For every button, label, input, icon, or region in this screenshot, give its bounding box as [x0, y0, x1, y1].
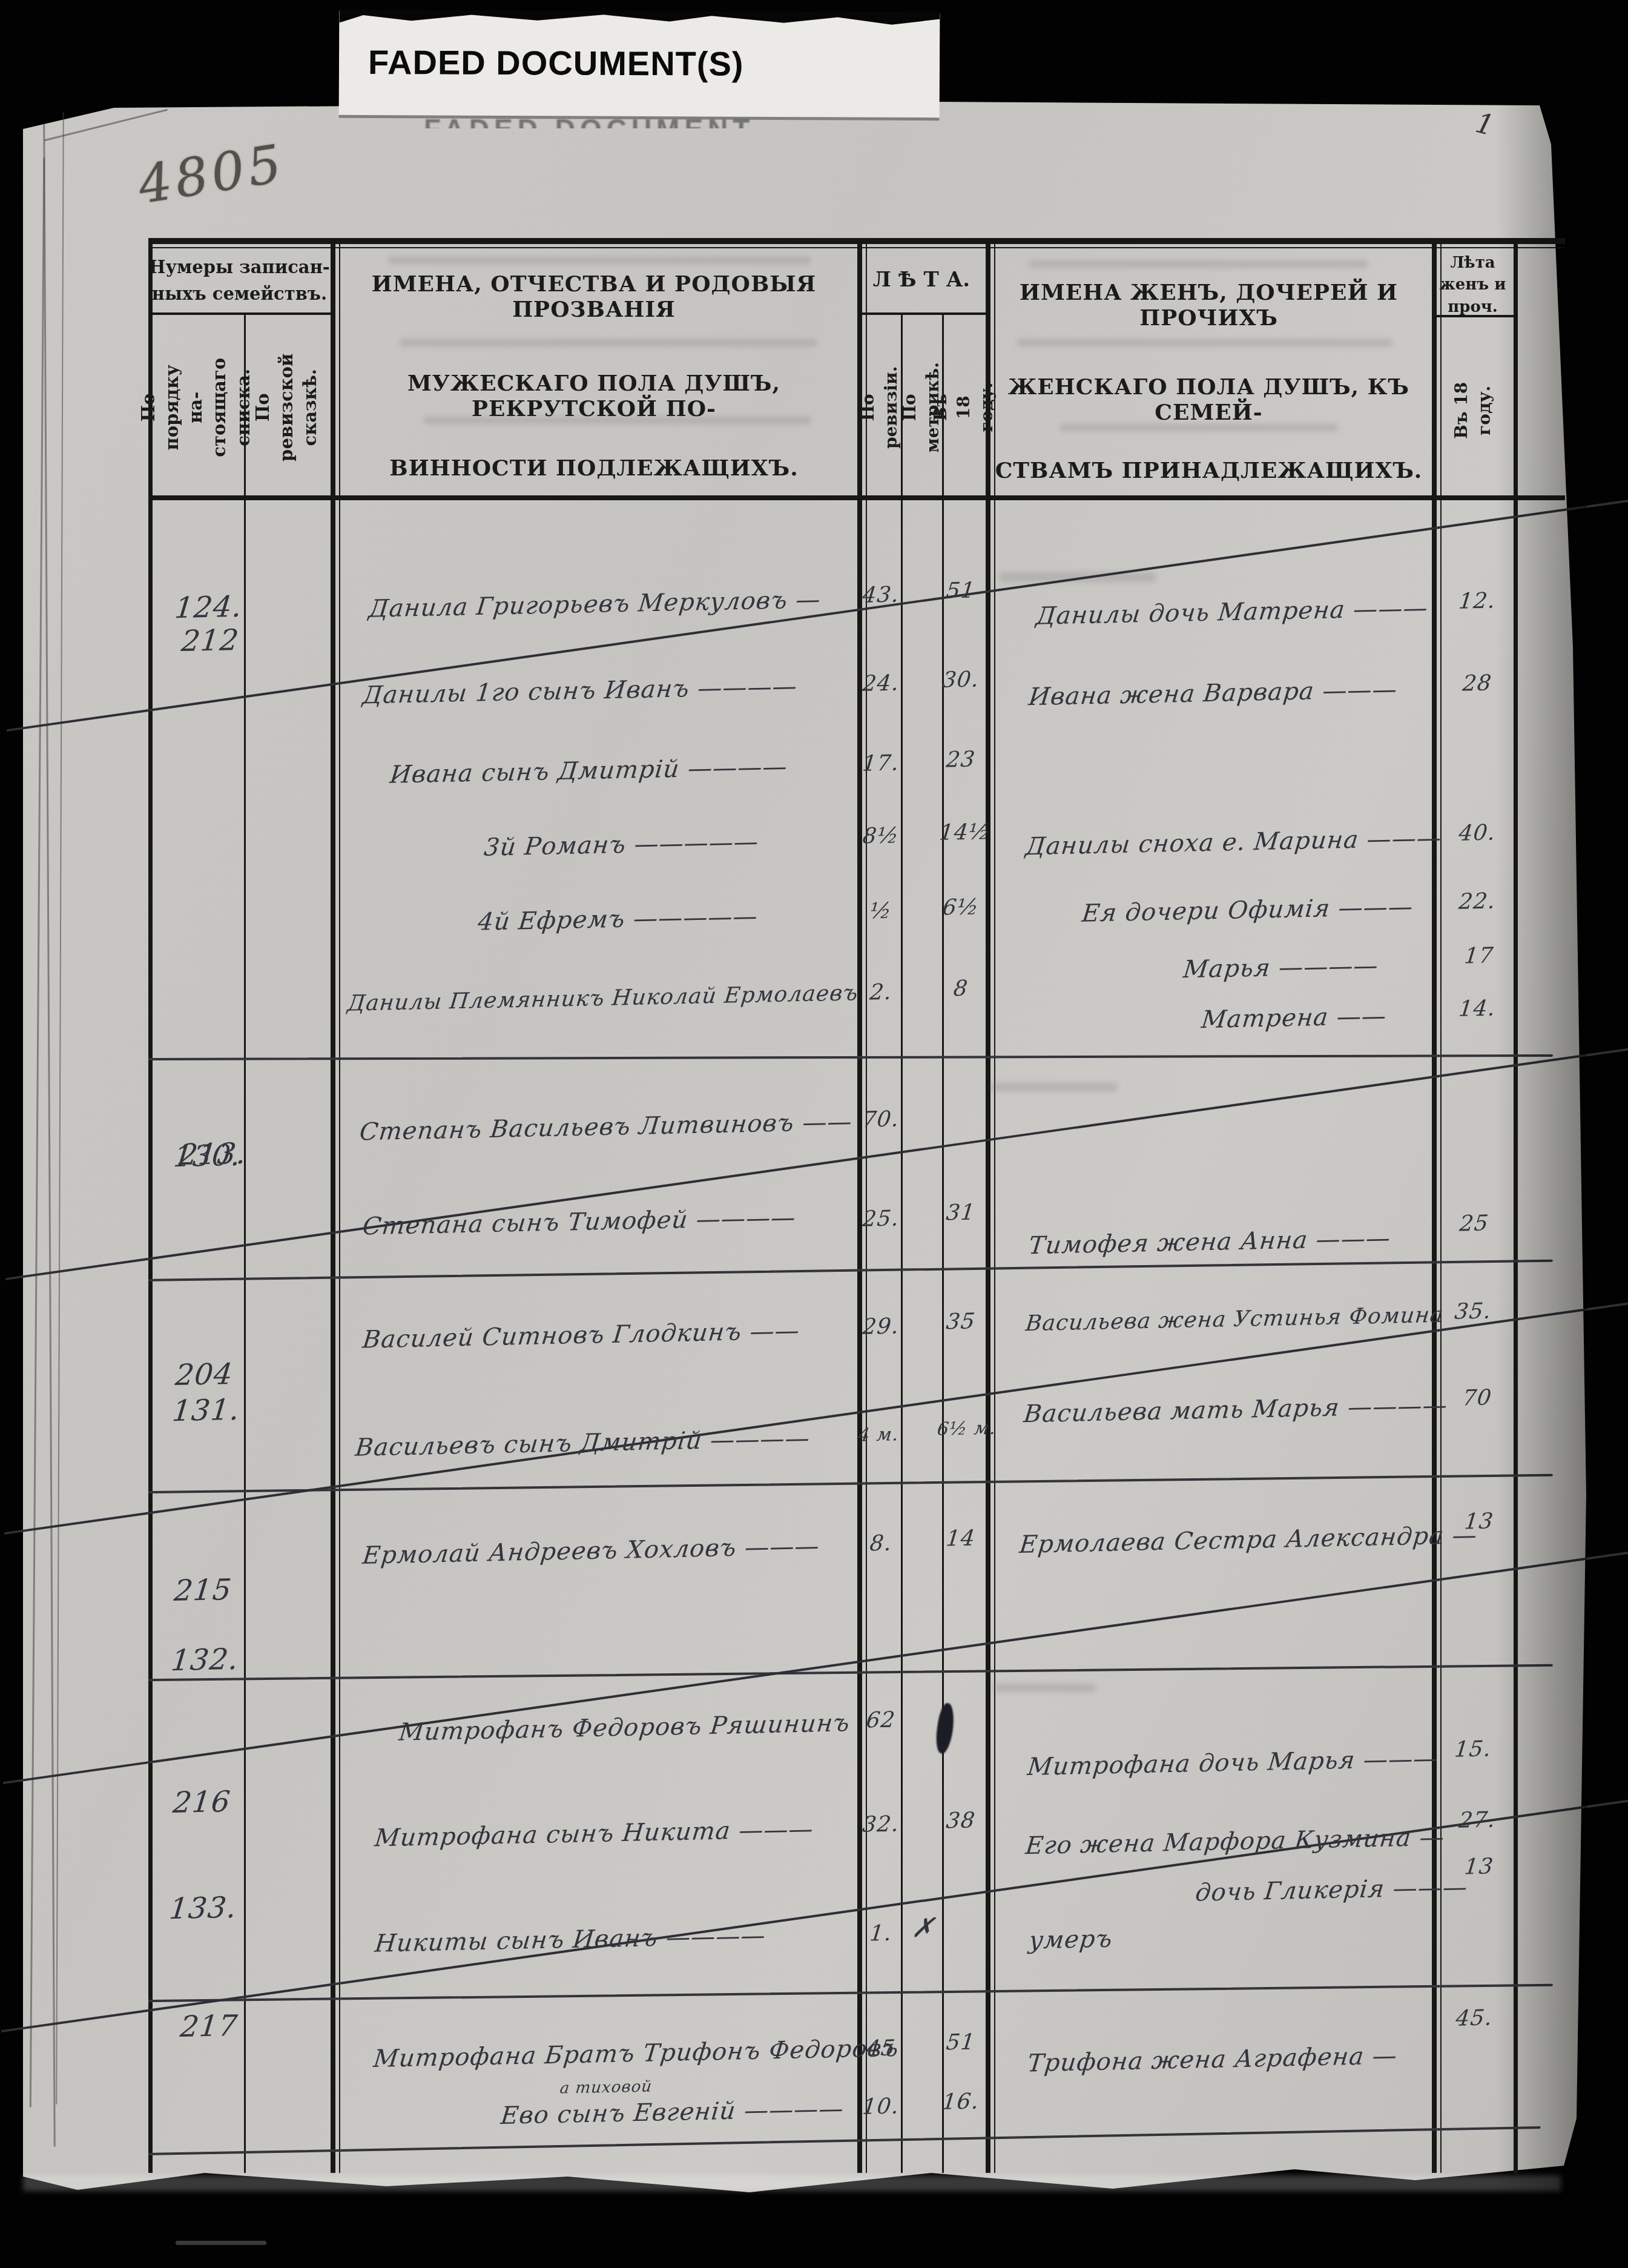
age-by-revision: 62 [858, 1707, 903, 1733]
female-age: 45. [1440, 2005, 1509, 2031]
female-age: 28 [1443, 670, 1512, 696]
bleedthrough-smudge [400, 339, 817, 346]
female-entry: Марья ———— [1182, 952, 1380, 984]
bleedthrough-smudge [1029, 260, 1368, 268]
age-in-18: 31 [938, 1200, 983, 1225]
age-by-revision: 25. [858, 1206, 903, 1231]
family-no-new: 204 [174, 1357, 235, 1392]
female-age: 70 [1443, 1385, 1512, 1411]
wives-v-18-godu: Въ 18 году. [1432, 324, 1514, 497]
wives-v-18-godu-text: Въ 18 году. [1450, 382, 1496, 439]
table-left-border [148, 238, 153, 2173]
col-header-revision-tale: По ревизской сказкѣ. [244, 318, 331, 497]
age-by-revision: 17. [858, 750, 903, 776]
leta-group-header: Л Ѣ Т А. [857, 268, 986, 292]
col-header-order: По порядку на- стоящаго списка. [148, 318, 244, 497]
table-top-inner-line [148, 247, 1565, 248]
age-by-revision: 8. [858, 1530, 903, 1556]
col-header-po-revizii: По ревизіи. [857, 318, 901, 497]
bleedthrough-smudge [1060, 424, 1338, 431]
age-by-revision: 8½ [858, 823, 903, 848]
age-in-18: 35 [938, 1309, 983, 1334]
bleedthrough-smudge [424, 417, 811, 424]
male-col-left-inner [339, 238, 340, 2173]
male-col-left-border [331, 238, 335, 2173]
age-by-revision: ½ [858, 898, 903, 924]
female-title-line1: ИМЕНА ЖЕНЪ, ДОЧЕРЕЙ И ПРОЧИХЪ [986, 280, 1432, 331]
female-title-line2: ЖЕНСКАГО ПОЛА ДУШЪ, КЪ СЕМЕЙ- [986, 374, 1432, 425]
age-in-18: 16. [938, 2089, 983, 2114]
female-age: 12. [1443, 588, 1512, 614]
age-in-18: 14 [938, 1526, 983, 1551]
col-header-order-text: По порядку на- стоящаго списка. [137, 358, 255, 457]
ghost-banner-text: FADED DOCUMENT [424, 113, 860, 128]
age-in-18: 8 [938, 976, 983, 1001]
female-age: 27. [1443, 1807, 1512, 1833]
female-age: 13 [1445, 1854, 1514, 1880]
female-entry: Матрена —— [1200, 1002, 1388, 1034]
interline-note: а тиховой [559, 2077, 653, 2097]
wives-age-group-header: Лѣта женъ и проч. [1432, 252, 1514, 318]
female-entry: умеръ [1027, 1925, 1113, 1955]
female-age: 17 [1445, 943, 1514, 969]
female-age: 25 [1440, 1211, 1509, 1237]
fold-band [23, 2175, 1561, 2191]
male-entry: 3й Романъ ————— [483, 828, 760, 861]
age-in-18: 30. [938, 667, 983, 692]
female-age: 13 [1445, 1509, 1514, 1535]
family-numbers-underline [148, 312, 331, 315]
age-in-18: 38 [938, 1808, 983, 1833]
male-entry: 4й Ефремъ ————— [476, 902, 759, 936]
col-header-po-revizii-text: По ревизіи. [856, 366, 902, 449]
scanned-revision-list-page: FADED DOCUMENT(S) FADED DOCUMENT 4805 1 … [0, 0, 1628, 2268]
age-in-18: 51 [938, 2029, 983, 2055]
bleedthrough-smudge [993, 1684, 1096, 1692]
age-in-18: 23 [938, 747, 983, 772]
bleedthrough-smudge [1017, 339, 1392, 346]
table-top-border [148, 238, 1565, 244]
faded-document-label: FADED DOCUMENT(S) [339, 11, 940, 121]
age-by-revision: 2. [858, 979, 903, 1005]
female-title-line3: СТВАМЪ ПРИНАДЛЕЖАЩИХЪ. [986, 458, 1432, 483]
age-by-revision: 70. [858, 1106, 903, 1132]
col-group-family-numbers: Нумеры записан- ныхъ семействъ. [148, 254, 331, 307]
male-title-line2: МУЖЕСКАГО ПОЛА ДУШЪ, РЕКРУТСКОЙ ПО- [331, 371, 857, 422]
female-age: 22. [1443, 888, 1512, 914]
family-no-new: 215 [173, 1573, 234, 1608]
age-by-revision: 10. [858, 2094, 903, 2119]
family-no-new: 212 [180, 623, 241, 658]
header-bottom-border [148, 495, 1565, 500]
female-age: 40. [1443, 820, 1512, 846]
family-no-new: 217 [179, 2009, 240, 2044]
leta-underline [857, 312, 986, 315]
col-header-revision-tale-text: По ревизской сказкѣ. [252, 353, 323, 461]
age-in-18: 14½ [938, 819, 983, 845]
female-entry: дочь Гликерія ——— [1194, 1873, 1469, 1906]
female-age: 35. [1439, 1298, 1508, 1324]
bottom-speck [176, 2241, 266, 2245]
female-age: 14. [1443, 996, 1512, 1022]
bleedthrough-smudge [387, 257, 811, 264]
bleedthrough-smudge [990, 1083, 1118, 1091]
age-in-18: 6½ [938, 894, 983, 920]
male-title-line1: ИМЕНА, ОТЧЕСТВА И РОДОВЫЯ ПРОЗВАНІЯ [331, 271, 857, 322]
age-by-revision: 24. [858, 670, 903, 696]
faded-document-label-text: FADED DOCUMENT(S) [368, 42, 744, 84]
age-in-18: 51 [938, 578, 983, 603]
age-by-revision: 29. [858, 1314, 903, 1339]
col-header-v-18-godu: Въ 18 году. [942, 318, 986, 497]
metric-cross-mark: ✗ [900, 1912, 946, 1943]
age-by-revision: 45 [858, 2035, 903, 2061]
family-no-new: 213. [177, 1137, 248, 1172]
ghost-banner: FADED DOCUMENT [424, 113, 860, 128]
age-by-revision: 43. [858, 582, 903, 607]
age-by-revision: 4 м. [856, 1424, 901, 1446]
age-in-18: 6½ м. [936, 1418, 981, 1440]
family-no-new: 216 [171, 1785, 232, 1820]
age-by-revision: 32. [858, 1811, 903, 1837]
age-by-revision: 1. [858, 1920, 903, 1946]
female-age: 15. [1439, 1736, 1508, 1762]
male-title-line3: ВИННОСТИ ПОДЛЕЖАЩИХЪ. [331, 455, 857, 481]
